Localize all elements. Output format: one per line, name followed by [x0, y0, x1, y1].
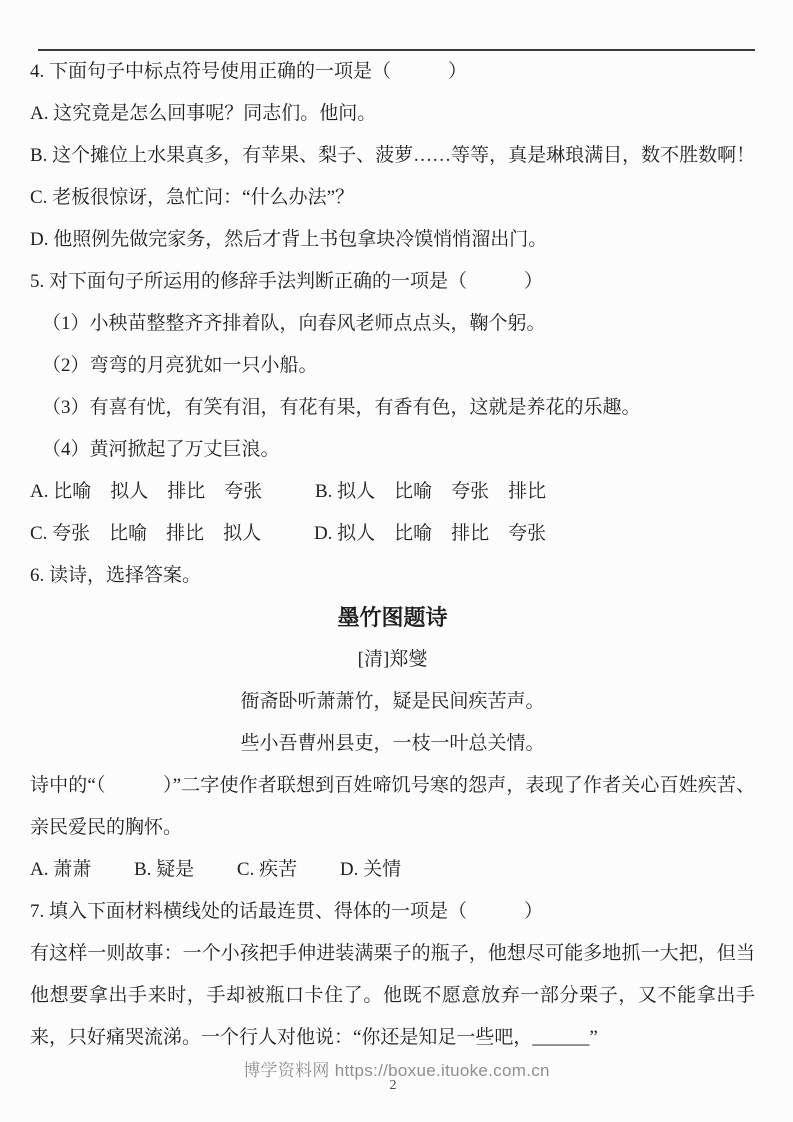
question-5-options-row-2: C. 夸张 比喻 排比 拟人 D. 拟人 比喻 排比 夸张 [30, 513, 755, 555]
poem-title: 墨竹图题诗 [30, 597, 755, 639]
question-4-option-d: D. 他照例先做完家务，然后才背上书包拿块冷馍悄悄溜出门。 [30, 219, 755, 261]
poem-author: [清]郑燮 [30, 639, 755, 681]
question-5-stem: 5. 对下面句子所运用的修辞手法判断正确的一项是（ ） [30, 261, 755, 303]
question-5-item-2: （2）弯弯的月亮犹如一只小船。 [30, 345, 755, 387]
question-5-option-a: A. 比喻 拟人 排比 夸张 [30, 471, 262, 513]
question-4-option-b: B. 这个摊位上水果真多，有苹果、梨子、菠萝……等等，真是琳琅满目，数不胜数啊！ [30, 135, 755, 177]
question-4-stem: 4. 下面句子中标点符号使用正确的一项是（ ） [30, 51, 755, 93]
question-4-option-a: A. 这究竟是怎么回事呢？同志们。他问。 [30, 93, 755, 135]
question-6-option-b: B. 疑是 [134, 849, 194, 891]
question-5-options-row-1: A. 比喻 拟人 排比 夸张 B. 拟人 比喻 夸张 排比 [30, 471, 755, 513]
question-6-option-d: D. 关情 [340, 849, 401, 891]
poem-line-2: 些小吾曹州县吏，一枝一叶总关情。 [30, 723, 755, 765]
exam-content: 4. 下面句子中标点符号使用正确的一项是（ ） A. 这究竟是怎么回事呢？同志们… [0, 51, 793, 1059]
question-5-item-3: （3）有喜有忧，有笑有泪，有花有果，有香有色，这就是养花的乐趣。 [30, 387, 755, 429]
question-5-item-4: （4）黄河掀起了万丈巨浪。 [30, 429, 755, 471]
question-6-options-row: A. 萧萧 B. 疑是 C. 疾苦 D. 关情 [30, 849, 755, 891]
question-6-explanation: 诗中的“（ ）”二字使作者联想到百姓啼饥号寒的怨声，表现了作者关心百姓疾苦、亲民… [30, 765, 755, 849]
question-5-option-d: D. 拟人 比喻 排比 夸张 [314, 513, 546, 555]
page-footer: 2 博学资料网 https://boxue.ituoke.com.cn [0, 1056, 793, 1082]
question-6-stem: 6. 读诗，选择答案。 [30, 555, 755, 597]
question-6-option-c: C. 疾苦 [237, 849, 297, 891]
question-5-item-1: （1）小秧苗整整齐齐排着队，向春风老师点点头，鞠个躬。 [30, 303, 755, 345]
poem-line-1: 衙斋卧听萧萧竹，疑是民间疾苦声。 [30, 681, 755, 723]
exam-paper-page: 4. 下面句子中标点符号使用正确的一项是（ ） A. 这究竟是怎么回事呢？同志们… [0, 0, 793, 1122]
question-5-option-c: C. 夸张 比喻 排比 拟人 [30, 513, 261, 555]
question-7-stem: 7. 填入下面材料横线处的话最连贯、得体的一项是（ ） [30, 891, 755, 933]
page-number: 2 [390, 1078, 397, 1094]
question-4-option-c: C. 老板很惊讶，急忙问：“什么办法”？ [30, 177, 755, 219]
question-7-passage: 有这样一则故事：一个小孩把手伸进装满栗子的瓶子，他想尽可能多地抓一大把，但当他想… [30, 933, 755, 1059]
question-5-option-b: B. 拟人 比喻 夸张 排比 [315, 471, 546, 513]
question-6-option-a: A. 萧萧 [30, 849, 91, 891]
